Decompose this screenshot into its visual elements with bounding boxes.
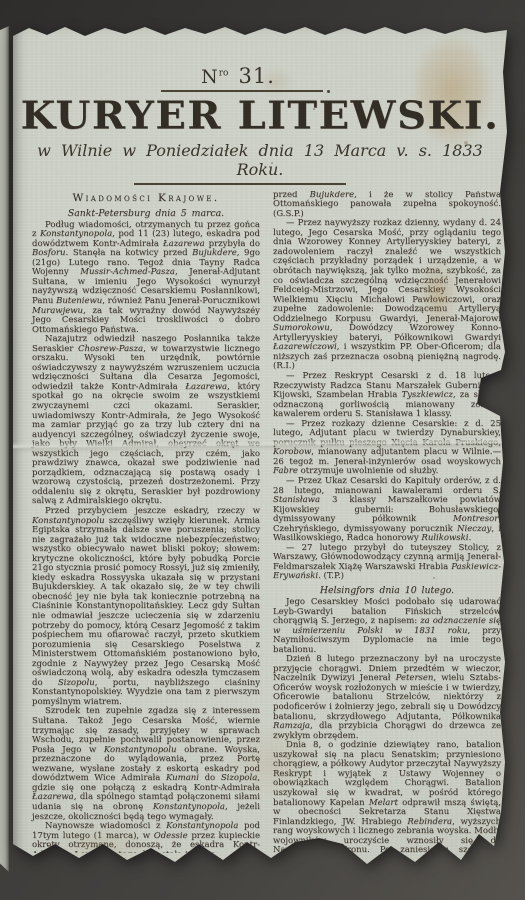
- newspaper-page: Nro31. KURYER LITEWSKI. w Wilnie w Ponie…: [13, 22, 507, 878]
- paragraph: przed Bujukdere, i że w stolicy Państwa …: [273, 191, 501, 220]
- paragraph: — Przez Ukaz Cesarski do Kapituły orderó…: [273, 477, 501, 544]
- paragraph: Nazajutrz odwiedził naszego Posłannika t…: [32, 335, 260, 507]
- left-column: Wiadomości Krajowe.Sankt-Petersburg dnia…: [32, 191, 260, 853]
- adjacent-page-edge: [0, 26, 9, 872]
- paragraph: Przed przybyciem jeszcze eskadry, rzeczy…: [32, 507, 260, 707]
- paragraph: — 27 lutego przybył do tuteyszey Stolicy…: [273, 544, 501, 582]
- right-column: przed Bujukdere, i że w stolicy Państwa …: [273, 191, 501, 853]
- newspaper-title: KURYER LITEWSKI.: [13, 96, 507, 136]
- paragraph: — Przez rozkazy dzienne Cesarskie: z d. …: [273, 420, 501, 477]
- issue-superscript: ro: [219, 69, 229, 79]
- section-header: Wiadomości Krajowe.: [32, 192, 260, 204]
- scan-background: { "scene": { "background_color": "#45434…: [0, 0, 525, 900]
- paragraph: Dnia 8, o godzinie dziewiątey rano, bata…: [273, 741, 501, 852]
- masthead-rule-top: [161, 90, 323, 92]
- paragraph: — Przez Reskrypt Cesarski z d. 18 lutego…: [273, 372, 501, 420]
- article-columns: Wiadomości Krajowe.Sankt-Petersburg dnia…: [13, 191, 507, 853]
- issue-value: 31.: [238, 64, 274, 88]
- paragraph: Naynowsze wiadomości z Konstantynopola p…: [32, 822, 260, 853]
- place-dateline: Helsingfors dnia 10 lutego.: [273, 585, 501, 596]
- paragraph: Jego Cesarskiey Mości podobało się udaro…: [273, 598, 501, 655]
- paper-sheet: Nro31. KURYER LITEWSKI. w Wilnie w Ponie…: [13, 22, 507, 878]
- masthead-rule-bottom: [134, 183, 346, 185]
- masthead: Nro31. KURYER LITEWSKI. w Wilnie w Ponie…: [13, 22, 507, 185]
- issue-prefix: N: [201, 66, 219, 88]
- masthead-dateline: w Wilnie w Poniedziałek dnia 13 Marca v.…: [13, 141, 507, 179]
- paragraph: Podług wiadomości, otrzymanych tu przez …: [32, 221, 260, 336]
- paper-specks: [13, 22, 15, 24]
- issue-number: Nro31.: [0, 64, 485, 88]
- paragraph: — Przez naywyższy rozkaz dzienny, wydany…: [273, 219, 501, 372]
- place-dateline: Sankt-Petersburg dnia 5 marca.: [32, 208, 260, 219]
- paragraph: Dzień 8 lutego przeznaczony był na urocz…: [273, 655, 501, 741]
- paragraph: Szrodek ten zupełnie zgadza się z intere…: [32, 707, 260, 822]
